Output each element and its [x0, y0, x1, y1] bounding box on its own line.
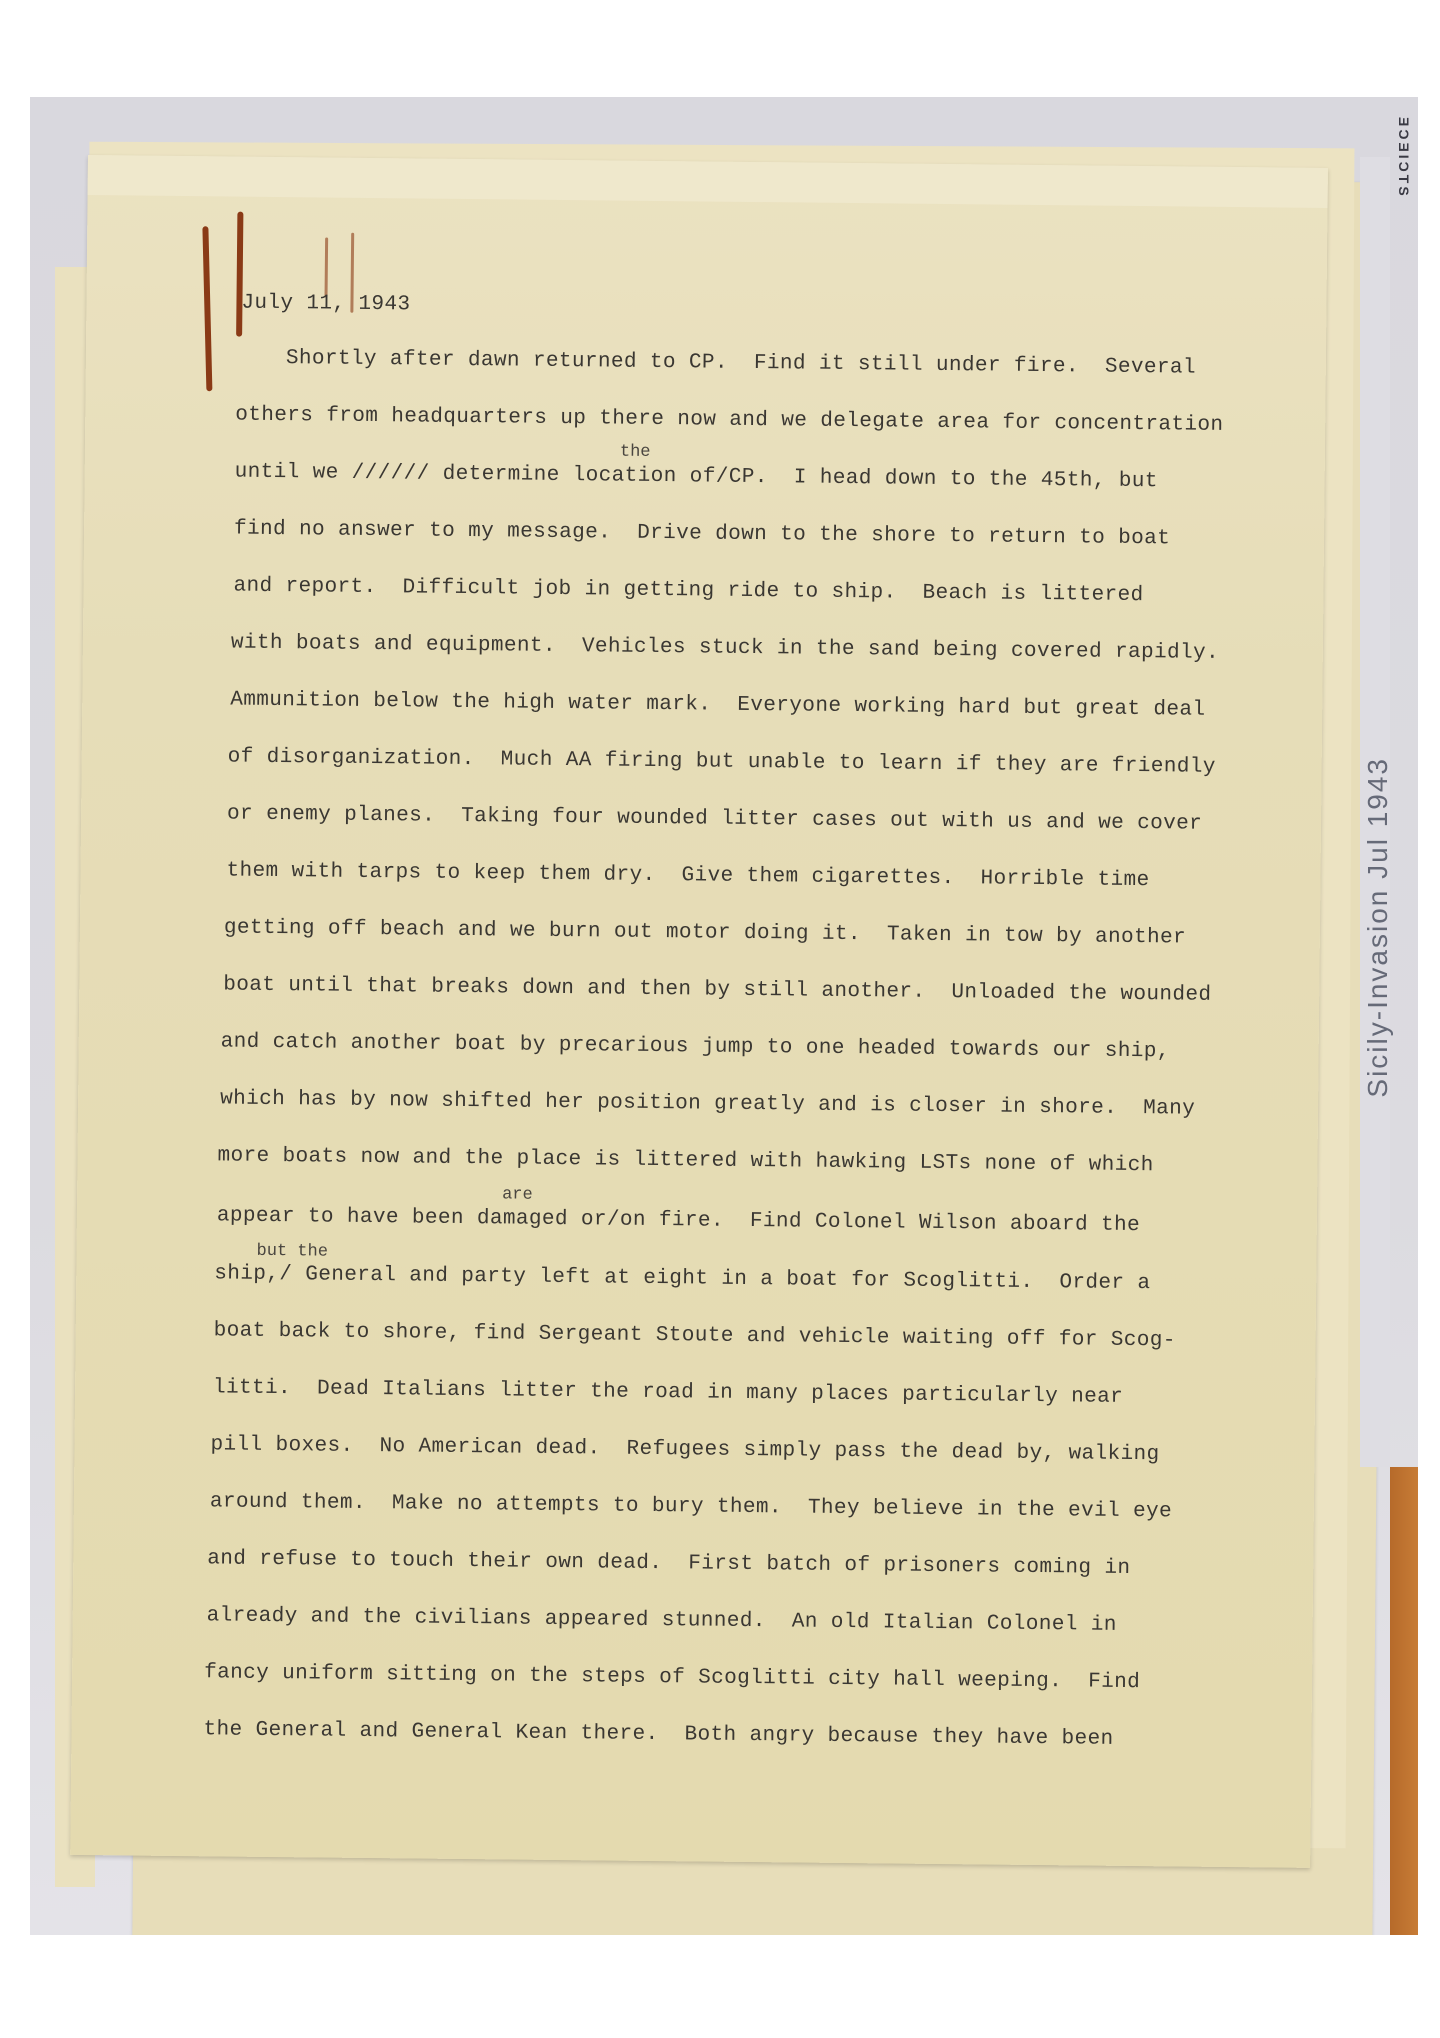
typed-page: July 11, 1943 Shortly after dawn returne…: [70, 155, 1328, 1868]
table-edge: [1390, 1467, 1418, 1935]
text-line: boat until that breaks down and then by …: [223, 973, 1211, 1006]
text-line: and catch another boat by precarious jum…: [221, 1030, 1170, 1063]
text-line: and refuse to touch their own dead. Firs…: [207, 1547, 1130, 1580]
text-line: them with tarps to keep them dry. Give t…: [226, 859, 1149, 892]
edge-tab-label: ƎƆƎIƆTS: [1396, 117, 1412, 199]
document-photo: ƎƆƎIƆTS Sicily-Invasion Jul 1943 July 11…: [30, 97, 1418, 1935]
interlinear-insert: but the: [256, 1242, 328, 1262]
interlinear-insert: are: [502, 1185, 533, 1204]
text-line: Shortly after dawn returned to CP. Find …: [286, 347, 1196, 380]
text-line: the General and General Kean there. Both…: [203, 1718, 1113, 1751]
margin-handwritten-note: Sicily-Invasion Jul 1943: [1362, 757, 1394, 1098]
text-line: with boats and equipment. Vehicles stuck…: [231, 632, 1219, 665]
document-date: July 11, 1943: [241, 292, 410, 317]
text-line: and report. Difficult job in getting rid…: [233, 575, 1143, 608]
typed-text-block: July 11, 1943 Shortly after dawn returne…: [70, 155, 1328, 1868]
text-line: which has by now shifted her position gr…: [220, 1087, 1195, 1120]
text-line: already and the civilians appeared stunn…: [207, 1604, 1117, 1637]
text-line: appear to have been damaged or/on fire. …: [217, 1204, 1140, 1237]
text-line: Ammunition below the high water mark. Ev…: [230, 689, 1205, 722]
text-line: find no answer to my message. Drive down…: [234, 518, 1170, 551]
text-line: or enemy planes. Taking four wounded lit…: [227, 802, 1202, 835]
text-line: around them. Make no attempts to bury th…: [210, 1490, 1172, 1523]
interlinear-insert: the: [620, 443, 651, 462]
text-line: of disorganization. Much AA firing but u…: [228, 745, 1216, 778]
text-line: getting off beach and we burn out motor …: [224, 916, 1186, 949]
text-line: litti. Dead Italians litter the road in …: [213, 1376, 1123, 1409]
text-line: more boats now and the place is littered…: [217, 1144, 1153, 1177]
text-line: until we ////// determine location of/CP…: [235, 461, 1158, 494]
text-line: fancy uniform sitting on the steps of Sc…: [204, 1661, 1140, 1694]
text-line: boat back to shore, find Sergeant Stoute…: [214, 1319, 1176, 1352]
text-line: pill boxes. No American dead. Refugees s…: [210, 1433, 1159, 1466]
text-line: ship,/ General and party left at eight i…: [214, 1262, 1150, 1295]
text-line: others from headquarters up there now an…: [235, 404, 1223, 437]
